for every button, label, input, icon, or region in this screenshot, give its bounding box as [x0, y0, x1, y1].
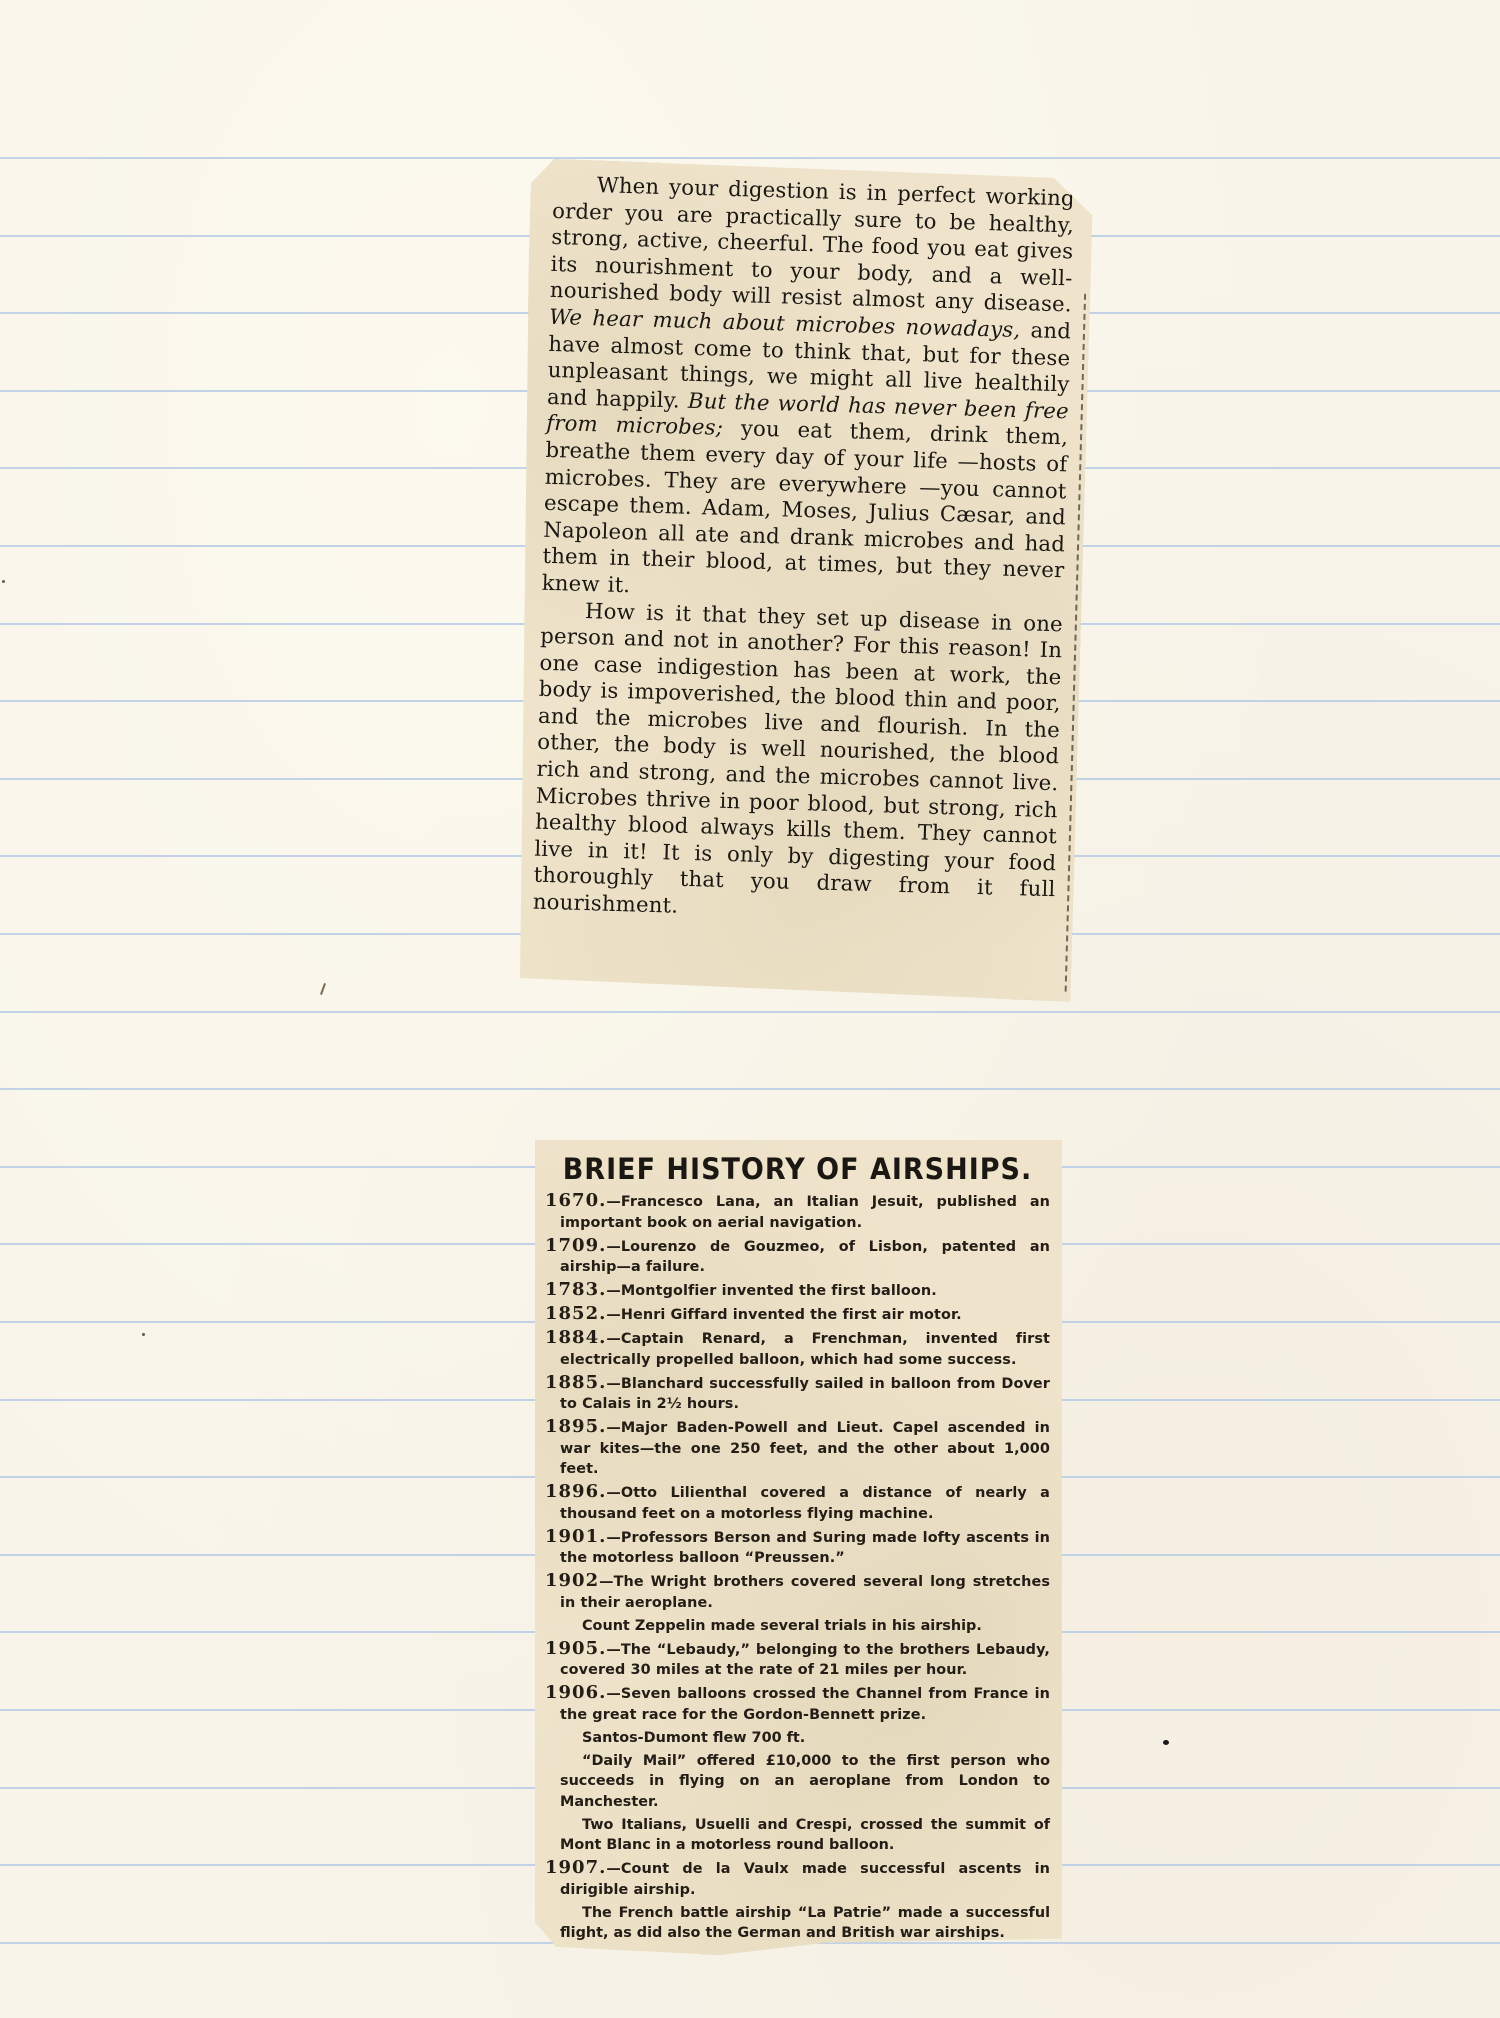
digestion-article-text: When your digestion is in perfect workin… [533, 171, 1076, 930]
entry-year: 1906. [545, 1682, 606, 1703]
entry-year: 1902 [545, 1570, 599, 1591]
ink-speck [2, 580, 5, 583]
timeline-entry: 1907.—Count de la Vaulx made successful … [545, 1858, 1050, 1900]
timeline-entry: 1896.—Otto Lilienthal covered a distance… [545, 1482, 1050, 1524]
timeline-entry: 1884.—Captain Renard, a Frenchman, inven… [545, 1328, 1050, 1370]
timeline-entry: 1895.—Major Baden-Powell and Lieut. Cape… [545, 1417, 1050, 1480]
entry-text: —The “Lebaudy,” belonging to the brother… [560, 1642, 1050, 1679]
newspaper-clipping-airships: BRIEF HISTORY OF AIRSHIPS. 1670.—Frances… [535, 1140, 1062, 1955]
timeline-subentry: “Daily Mail” offered £10,000 to the firs… [560, 1751, 1050, 1813]
entry-text: —Lourenzo de Gouzmeo, of Lisbon, patente… [560, 1239, 1050, 1276]
entry-year: 1896. [545, 1481, 606, 1502]
entry-year: 1885. [545, 1372, 606, 1393]
entry-text: —Henri Giffard invented the first air mo… [606, 1307, 961, 1323]
timeline-subentry: Count Zeppelin made several trials in hi… [560, 1616, 1050, 1637]
timeline-entry: 1709.—Lourenzo de Gouzmeo, of Lisbon, pa… [545, 1236, 1050, 1278]
entry-year: 1895. [545, 1416, 606, 1437]
timeline-entry: 1905.—The “Lebaudy,” belonging to the br… [545, 1639, 1050, 1681]
ink-speck [1163, 1740, 1169, 1745]
timeline-entry: 1852.—Henri Giffard invented the first a… [545, 1304, 1050, 1326]
entry-year: 1783. [545, 1279, 606, 1300]
timeline-subentry: Two Italians, Usuelli and Crespi, crosse… [560, 1815, 1050, 1856]
entry-text: —Major Baden-Powell and Lieut. Capel asc… [560, 1420, 1050, 1477]
text-run: When your digestion is in perfect workin… [550, 172, 1075, 317]
timeline-entry: 1901.—Professors Berson and Suring made … [545, 1527, 1050, 1569]
timeline-entry: 1670.—Francesco Lana, an Italian Jesuit,… [545, 1191, 1050, 1233]
text-run: you eat them, drink them, breathe them e… [541, 415, 1068, 597]
entry-text: —Seven balloons crossed the Channel from… [560, 1686, 1050, 1723]
entry-year: 1905. [545, 1638, 606, 1659]
timeline-subentry: The French battle airship “La Patrie” ma… [560, 1903, 1050, 1944]
entry-text: —Count de la Vaulx made successful ascen… [560, 1861, 1050, 1898]
entry-year: 1852. [545, 1303, 606, 1324]
text-run: How is it that they set up disease in on… [533, 597, 1064, 917]
timeline-entry: 1906.—Seven balloons crossed the Channel… [545, 1683, 1050, 1725]
entry-text: —Montgolfier invented the first balloon. [606, 1283, 936, 1299]
ink-speck [142, 1333, 145, 1336]
entry-year: 1709. [545, 1235, 606, 1256]
ruled-line [0, 157, 1500, 159]
entry-year: 1901. [545, 1526, 606, 1547]
newspaper-clipping-digestion: When your digestion is in perfect workin… [509, 158, 1094, 1001]
airships-timeline: 1670.—Francesco Lana, an Italian Jesuit,… [545, 1191, 1050, 1944]
entry-text: —Blanchard successfully sailed in balloo… [560, 1376, 1050, 1413]
entry-text: —Francesco Lana, an Italian Jesuit, publ… [560, 1194, 1050, 1231]
article-paragraph: How is it that they set up disease in on… [533, 596, 1064, 930]
entry-year: 1670. [545, 1190, 606, 1211]
timeline-subentry: Santos-Dumont flew 700 ft. [560, 1728, 1050, 1749]
timeline-entry: 1902—The Wright brothers covered several… [545, 1571, 1050, 1613]
ruled-line [0, 1088, 1500, 1090]
pencil-mark [320, 983, 326, 995]
entry-text: —Otto Lilienthal covered a distance of n… [560, 1485, 1050, 1522]
entry-year: 1884. [545, 1327, 606, 1348]
entry-text: —Captain Renard, a Frenchman, invented f… [560, 1331, 1050, 1368]
entry-text: —The Wright brothers covered several lon… [560, 1574, 1050, 1611]
entry-year: 1907. [545, 1857, 606, 1878]
timeline-entry: 1783.—Montgolfier invented the first bal… [545, 1280, 1050, 1302]
timeline-entry: 1885.—Blanchard successfully sailed in b… [545, 1373, 1050, 1415]
ruled-line [0, 1011, 1500, 1013]
entry-text: —Professors Berson and Suring made lofty… [560, 1530, 1050, 1567]
article-paragraph: When your digestion is in perfect workin… [541, 171, 1075, 611]
airships-title: BRIEF HISTORY OF AIRSHIPS. [545, 1152, 1050, 1186]
